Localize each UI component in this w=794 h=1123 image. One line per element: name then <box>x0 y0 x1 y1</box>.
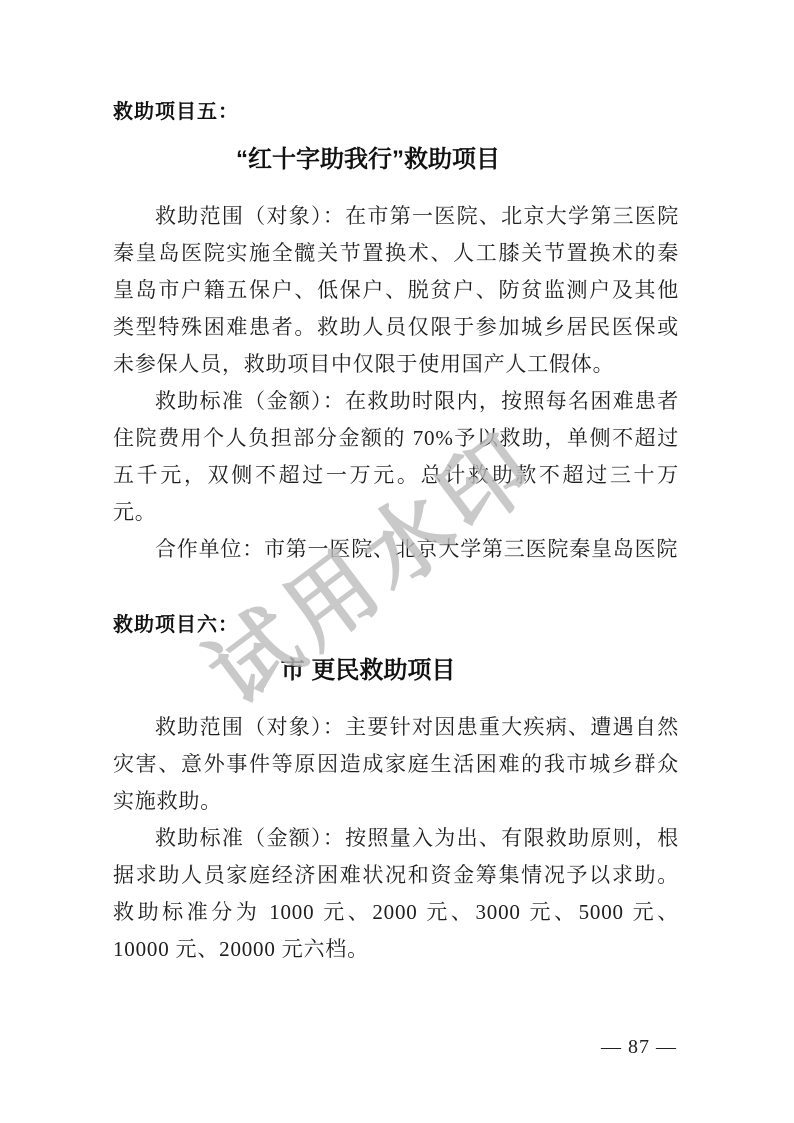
paragraph-scope: 救助范围（对象）：在市第一医院、北京大学第三医院秦皇岛医院实施全髋关节置换术、人… <box>113 198 679 383</box>
paragraph-standard: 救助标准（金额）：按照量入为出、有限救助原则，根据求助人员家庭经济困难状况和资金… <box>113 820 679 968</box>
section-title-red-cross-project: “红十字助我行”救助项目 <box>85 144 651 176</box>
section-label-project-5: 救助项目五： <box>113 100 679 124</box>
section-title-citizen-relief-project: 市 更民救助项目 <box>85 655 651 687</box>
paragraph-scope: 救助范围（对象）：主要针对因患重大疾病、遭遇自然灾害、意外事件等原因造成家庭生活… <box>113 709 679 820</box>
document-page: 救助项目五： “红十字助我行”救助项目 救助范围（对象）：在市第一医院、北京大学… <box>0 0 794 1123</box>
section-project-5: 救助项目五： “红十字助我行”救助项目 救助范围（对象）：在市第一医院、北京大学… <box>113 100 679 568</box>
section-project-6: 救助项目六： 市 更民救助项目 救助范围（对象）：主要针对因患重大疾病、遭遇自然… <box>113 613 679 968</box>
page-number: — 87 — <box>588 1036 690 1059</box>
paragraph-partners: 合作单位：市第一医院、北京大学第三医院秦皇岛医院 <box>113 531 679 568</box>
paragraph-standard: 救助标准（金额）：在救助时限内，按照每名困难患者住院费用个人负担部分金额的 70… <box>113 383 679 531</box>
section-label-project-6: 救助项目六： <box>113 613 679 637</box>
page-content: 救助项目五： “红十字助我行”救助项目 救助范围（对象）：在市第一医院、北京大学… <box>113 100 679 968</box>
